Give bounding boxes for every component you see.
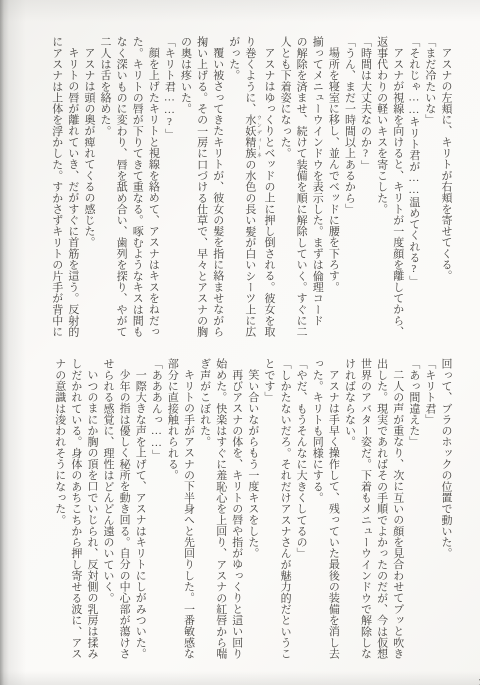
text-line: キリトの手がアスナの下半身へと先回りした。一番敏感な: [180, 358, 196, 660]
text-line: 二人は舌を絡めた。: [97, 36, 113, 338]
text-line: 少年の指は優しく秘所を動き回る。自分の中心部が蕩けさ: [116, 358, 132, 660]
text-line: 一際大きな声を上げて、アスナはキリトにしがみついた。: [132, 358, 148, 660]
text-line: 世界のアバター姿だ。下着もメニューウインドウで解除しな: [357, 358, 373, 660]
text-line: キリトの唇が離れていき、だがすぐに首筋を這う。反射的: [65, 36, 81, 338]
text-line: の解除を済ませ、続けて装備を順に解除していく。すぐに二: [293, 36, 309, 338]
text-line: 覆い被さってきたキリトが、彼女の髪を指に絡ませながら: [210, 36, 226, 338]
text-line: 笑い合いながらもう一度キスをした。: [245, 358, 261, 660]
text-line: アスナはゆっくりとベッドの上に押し倒される。彼女を取: [261, 36, 277, 338]
text-line: 「それじゃ……キリト君が……温めてくれる?」: [406, 36, 422, 338]
text-line: 「キリト君」: [422, 358, 438, 660]
text-line: アスナが視線を向けると、キリトが一度顔を離してから、: [390, 36, 406, 338]
text-line: 「キリト君……?」: [161, 36, 177, 338]
text-line: 顔を上げたキリトと視線を絡めて、アスナはキスをねだっ: [145, 36, 161, 338]
text-line: にアスナは上体を浮かした。すかさずキリトの片手が背中に: [49, 36, 65, 338]
text-line: 揃ってメニューウインドウを表示した。まずは倫理コード: [309, 36, 325, 338]
text-line: 場所を寝室に移し、並んでベッドに腰を下ろす。: [325, 36, 341, 338]
text-line: 「やだ、もうそんなに大きくしてるの」: [293, 358, 309, 660]
text-line: た。キリトの唇が下りてきて重なる。啄むようなキスは間も: [129, 36, 145, 338]
text-line: 部分に直接触れられる。: [164, 358, 180, 660]
text-line: 始めた。快楽はすぐに羞恥心を上回り、アスナの紅唇から喘: [213, 358, 229, 660]
text-line: しだかれている。身体のあちこちから押し寄せる波に、アス: [68, 358, 84, 660]
text-line: 「あああんっ……」: [148, 358, 164, 660]
text-line: いつのまにか胸の頂を口でいじられ、反対側の乳房は揉み: [84, 358, 100, 660]
text-line: り巻くように、水妖精族ウンディーネの水色の長い髪が白いシーツ上に広: [242, 36, 261, 338]
text-line: ナの意識は浚われそうになった。: [52, 358, 68, 660]
text-line: とです」: [261, 358, 277, 660]
text-line: 「うん、まだ一時間以上あるから」: [341, 36, 357, 338]
text-block-bottom: 回って、ブラのホックの位置で動いた。「キリト君」「あっ間違えた」二人の声が重なり…: [52, 358, 454, 660]
text-line: せられる感覚に、理性はどんどん遠のいていく。: [100, 358, 116, 660]
text-line: の奥は疼いた。: [177, 36, 193, 338]
text-line: 再びアスナの体を、キリトの唇や指がゆっくりと這い回り: [229, 358, 245, 660]
scan-spine-shadow: [0, 0, 4, 685]
text-line: 「あっ間違えた」: [406, 358, 422, 660]
text-line: アスナは頭の奥が痺れてくるの感じた。: [81, 36, 97, 338]
text-line: ければならない。: [341, 358, 357, 660]
text-line: 「しかたないだろ。それだけアスナさんが魅力的だというこ: [277, 358, 293, 660]
text-line: 人とも下着姿になった。: [277, 36, 293, 338]
text-line: ぎ声がこぼれた。: [197, 358, 213, 660]
text-line: 「時間は大丈夫なのか?」: [357, 36, 373, 338]
text-line: アスナは手早く操作して、残っていた最後の装備を消し去: [325, 358, 341, 660]
ruby-annotated-word: 水妖精族ウンディーネ: [244, 114, 256, 159]
text-line: 「まだ冷たいな」: [422, 36, 438, 338]
text-block-top: アスナの左頬に、キリトが右頬を寄せてくる。「まだ冷たいな」「それじゃ……キリト君…: [49, 36, 454, 338]
text-line: がった。: [226, 36, 242, 338]
text-line: なく深いものに変わり、唇を舐め合い、歯列を探り、やがて: [113, 36, 129, 338]
text-line: 回って、ブラのホックの位置で動いた。: [438, 358, 454, 660]
novel-page: アスナの左頬に、キリトが右頬を寄せてくる。「まだ冷たいな」「それじゃ……キリト君…: [0, 0, 480, 685]
text-line: 出した。現実であればその手順でよかったのだが、今は仮想: [374, 358, 390, 660]
text-line: 返事代わりの軽いキスを寄こした。: [374, 36, 390, 338]
text-line: アスナの左頬に、キリトが右頬を寄せてくる。: [438, 36, 454, 338]
text-line: 掬い上げる。その一房に口づける仕草で、早々とアスナの胸: [194, 36, 210, 338]
text-line: 二人の声が重なり、次に互いの顔を見合わせてブッと吹き: [390, 358, 406, 660]
text-line: った。キリトも同様にする。: [309, 358, 325, 660]
